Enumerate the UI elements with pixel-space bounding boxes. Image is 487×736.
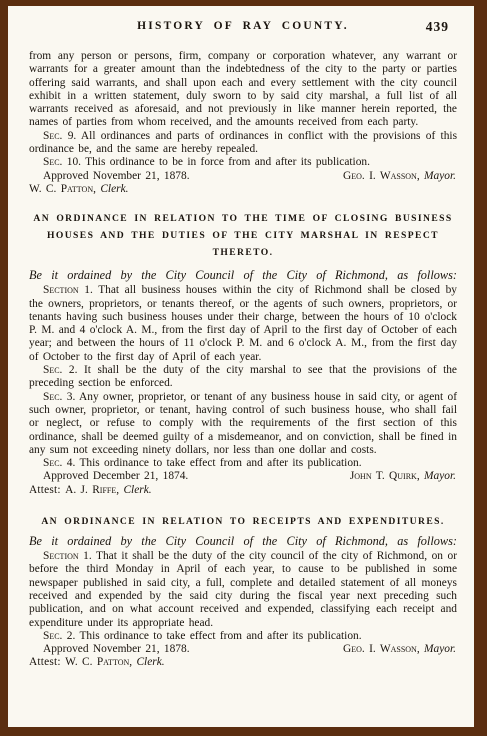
section-text: This ordinance to take effect from and a… [79,630,361,642]
clerk-title: Clerk. [136,656,164,668]
clerk-title: Clerk. [100,183,128,195]
page-content: HISTORY OF RAY COUNTY. 439 from any pers… [8,6,474,727]
approved-date: Approved November 21, 1878. [29,643,190,656]
clerk-name: W. C. Patton, [29,183,96,195]
mayor-signature: Geo. I. Wasson, Mayor. [343,643,457,656]
mayor-signature: John T. Quirk, Mayor. [350,470,457,483]
paragraph-sec3: Sec. 3. Any owner, proprietor, or tenant… [29,391,457,457]
ordinance-heading-closing: AN ORDINANCE IN RELATION TO THE TIME OF … [29,210,457,261]
mayor-name: John T. Quirk, [350,470,420,482]
attest-prefix: Attest: [29,656,61,668]
section-text: That all business houses within the city… [29,284,457,362]
approved-date: Approved December 21, 1874. [29,470,188,483]
approval-line: Approved November 21, 1878. Geo. I. Wass… [29,170,457,183]
section-label: Sec. 2. [43,630,75,642]
clerk-name: A. J. Riffe, [65,484,119,496]
mayor-name: Geo. I. Wasson, [343,643,420,655]
continuation-text: from any person or persons, firm, compan… [29,50,457,128]
paragraph-sec9: Sec. 9. All ordinances and parts of ordi… [29,130,457,157]
paragraph-section1: Section 1. That it shall be the duty of … [29,550,457,630]
section-label: Sec. 3. [43,391,75,403]
enacting-clause: Be it ordained by the City Council of th… [29,268,457,283]
mayor-title: Mayor. [424,643,456,655]
scanned-book-page: HISTORY OF RAY COUNTY. 439 from any pers… [0,0,487,736]
ordinance-heading-receipts: AN ORDINANCE IN RELATION TO RECEIPTS AND… [29,513,457,530]
section-text: This ordinance to be in force from and a… [85,156,370,168]
clerk-title: Clerk. [123,484,151,496]
paragraph-sec2: Sec. 2. This ordinance to take effect fr… [29,630,457,643]
section-label: Sec. 10. [43,156,81,168]
section-label: Sec. 2. [43,364,77,376]
page-title: HISTORY OF RAY COUNTY. [29,20,457,32]
section-text: All ordinances and parts of ordinances i… [29,130,457,155]
section-label: Sec. 4. [43,457,75,469]
section-label: Sec. 9. [43,130,76,142]
paragraph-sec4: Sec. 4. This ordinance to take effect fr… [29,457,457,470]
mayor-name: Geo. I. Wasson, [343,170,420,182]
paragraph-sec10: Sec. 10. This ordinance to be in force f… [29,156,457,169]
mayor-title: Mayor. [424,470,456,482]
attest-line: Attest: W. C. Patton, Clerk. [29,656,457,669]
approval-line: Approved November 21, 1878. Geo. I. Wass… [29,643,457,656]
paragraph-section1: Section 1. That all business houses with… [29,284,457,364]
clerk-line: W. C. Patton, Clerk. [29,183,457,196]
section-text: It shall be the duty of the city marshal… [29,364,457,389]
mayor-signature: Geo. I. Wasson, Mayor. [343,170,457,183]
section-text: That it shall be the duty of the city co… [29,550,457,628]
section-label: Section 1. [43,550,92,562]
enacting-clause: Be it ordained by the City Council of th… [29,534,457,549]
paragraph-continuation: from any person or persons, firm, compan… [29,50,457,130]
clerk-name: W. C. Patton, [65,656,132,668]
attest-prefix: Attest: [29,484,61,496]
section-text: This ordinance to take effect from and a… [79,457,361,469]
section-text: Any owner, proprietor, or tenant of any … [29,391,457,456]
page-number: 439 [426,19,449,35]
attest-line: Attest: A. J. Riffe, Clerk. [29,484,457,497]
paragraph-sec2: Sec. 2. It shall be the duty of the city… [29,364,457,391]
running-head: HISTORY OF RAY COUNTY. 439 [29,20,457,40]
approval-line: Approved December 21, 1874. John T. Quir… [29,470,457,483]
mayor-title: Mayor. [424,170,456,182]
section-label: Section 1. [43,284,93,296]
approved-date: Approved November 21, 1878. [29,170,190,183]
